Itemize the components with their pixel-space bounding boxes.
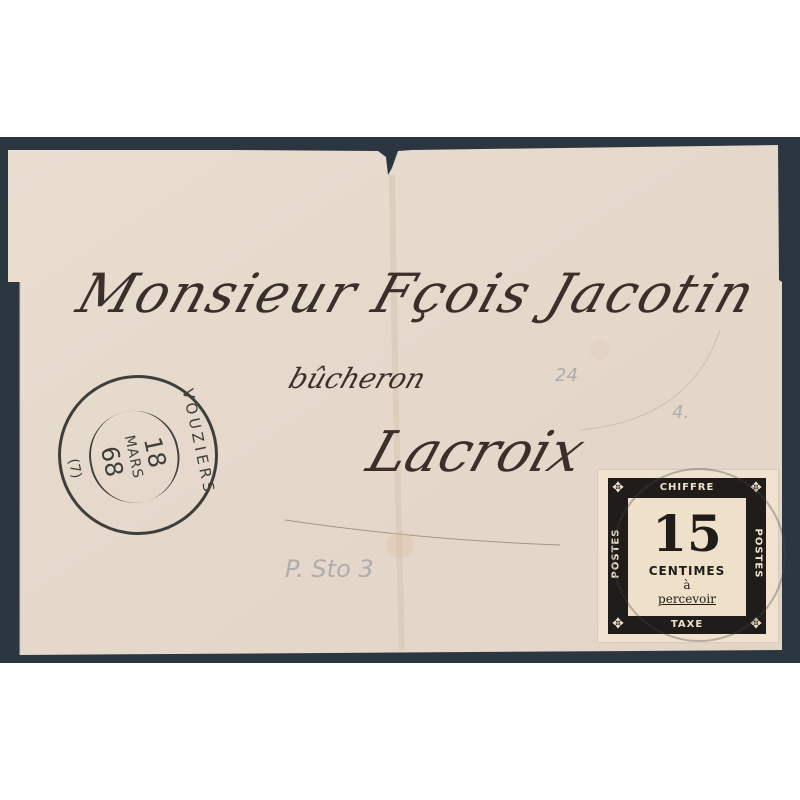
stamp-a: à	[628, 578, 746, 592]
stamp-right-label: POSTES	[753, 524, 764, 584]
address-recipient-name: Monsieur Fçois Jacotin	[70, 262, 764, 325]
stamp-percevoir: percevoir	[628, 592, 746, 606]
postmark-date-block: 18 MARS 68	[81, 402, 188, 511]
address-town: Lacroix	[359, 420, 592, 485]
stamp-frame: ✥ ✥ ✥ ✥ CHIFFRE TAXE POSTES POSTES 15 CE…	[608, 478, 766, 634]
pencil-note: P. Sto 3	[285, 555, 374, 583]
postage-due-stamp: ✥ ✥ ✥ ✥ CHIFFRE TAXE POSTES POSTES 15 CE…	[598, 470, 778, 642]
stamp-unit: CENTIMES	[628, 564, 746, 578]
stamp-bottom-label: TAXE	[608, 619, 766, 630]
folded-letter-cover: Monsieur Fçois Jacotin bûcheron Lacroix …	[0, 0, 800, 800]
stamp-top-label: CHIFFRE	[608, 482, 766, 493]
stamp-left-label: POSTES	[611, 524, 622, 584]
pencil-note: 24	[555, 365, 578, 386]
stamp-value: 15	[628, 504, 746, 563]
stamp-center: 15 CENTIMES à percevoir	[628, 498, 746, 616]
pencil-note: 4.	[672, 402, 689, 423]
address-occupation: bûcheron	[285, 362, 430, 395]
